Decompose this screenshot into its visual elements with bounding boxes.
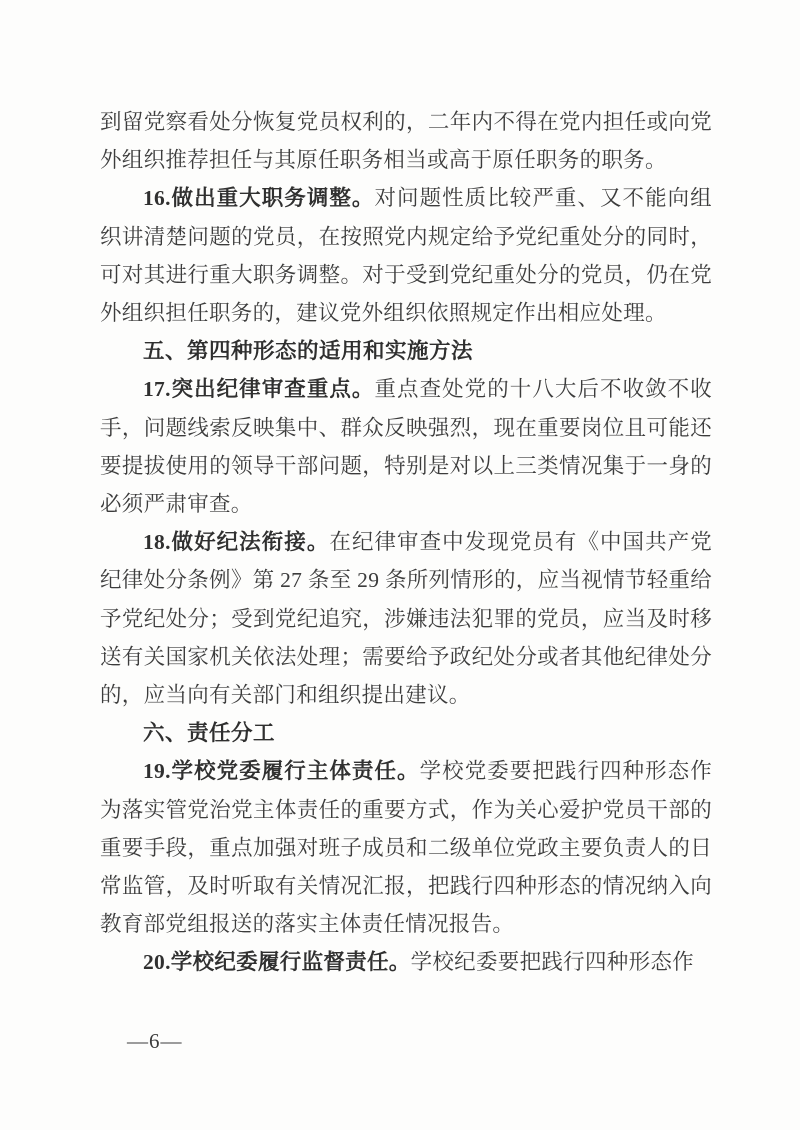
document-content: 到留党察看处分恢复党员权利的，二年内不得在党内担任或向党外组织推荐担任与其原任职… [100,103,712,982]
paragraph-lead: 20.学校纪委履行监督责任。 [143,950,411,974]
paragraph-19: 19.学校党委履行主体责任。学校党委要把践行四种形态作为落实管党治党主体责任的重… [100,752,712,943]
document-page: 到留党察看处分恢复党员权利的，二年内不得在党内担任或向党外组织推荐担任与其原任职… [0,0,800,1130]
paragraph-text: 学校党委要把践行四种形态作为落实管党治党主体责任的重要方式，作为关心爱护党员干部… [100,759,712,936]
paragraph-20: 20.学校纪委履行监督责任。学校纪委要把践行四种形态作 [100,943,712,981]
paragraph-17: 17.突出纪律审查重点。重点查处党的十八大后不收敛不收手，问题线索反映集中、群众… [100,370,712,523]
paragraph-lead: 16.做出重大职务调整。 [143,186,374,210]
paragraph-18: 18.做好纪法衔接。在纪律审查中发现党员有《中国共产党纪律处分条例》第 27 条… [100,523,712,714]
section-heading-6: 六、责任分工 [100,714,712,752]
paragraph-16: 16.做出重大职务调整。对问题性质比较严重、又不能向组织讲清楚问题的党员，在按照… [100,179,712,332]
paragraph-lead: 18.做好纪法衔接。 [143,530,329,554]
paragraph-text: 在纪律审查中发现党员有《中国共产党纪律处分条例》第 27 条至 29 条所列情形… [100,530,712,707]
section-heading-5: 五、第四种形态的适用和实施方法 [100,332,712,370]
paragraph-text: 学校纪委要把践行四种形态作 [411,950,694,974]
paragraph-lead: 17.突出纪律审查重点。 [143,377,374,401]
paragraph-lead: 19.学校党委履行主体责任。 [143,759,420,783]
paragraph-text: 到留党察看处分恢复党员权利的，二年内不得在党内担任或向党外组织推荐担任与其原任职… [100,110,712,172]
page-number: —6— [127,1026,183,1056]
paragraph-continuation: 到留党察看处分恢复党员权利的，二年内不得在党内担任或向党外组织推荐担任与其原任职… [100,103,712,179]
